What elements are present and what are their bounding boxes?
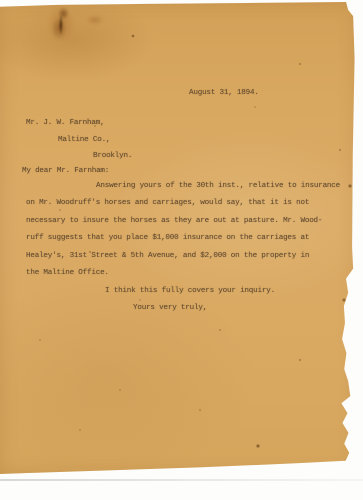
- body-line: the Maltine Office.: [26, 269, 109, 277]
- recipient-name-line: Mr. J. W. Farnham,: [26, 119, 104, 127]
- ink-stain: [38, 2, 82, 50]
- body-line: on Mr. Woodruff's horses and carriages, …: [26, 199, 309, 207]
- body-line: Answering yours of the 30th inst., relat…: [96, 182, 340, 190]
- salutation-line: My dear Mr. Farnham:: [22, 167, 109, 175]
- body-line: ruff suggests that you place $1,000 insu…: [26, 234, 309, 242]
- recipient-city-line: Brooklyn.: [93, 152, 132, 160]
- signoff-line: Yours very truly,: [133, 304, 207, 312]
- body-line: necessary to insure the horses as they a…: [26, 217, 322, 225]
- closing-line: I think this fully covers your inquiry.: [105, 287, 275, 295]
- recipient-company-line: Maltine Co.,: [58, 136, 110, 144]
- scan-shadow-line: [0, 479, 363, 481]
- scanned-letter-page: August 31, 1894. Mr. J. W. Farnham, Malt…: [0, 0, 363, 500]
- body-line: Healey's, 31st Street & 5th Avenue, and …: [26, 252, 309, 260]
- date-line: August 31, 1894.: [189, 89, 259, 97]
- paper-smudge: [80, 10, 110, 30]
